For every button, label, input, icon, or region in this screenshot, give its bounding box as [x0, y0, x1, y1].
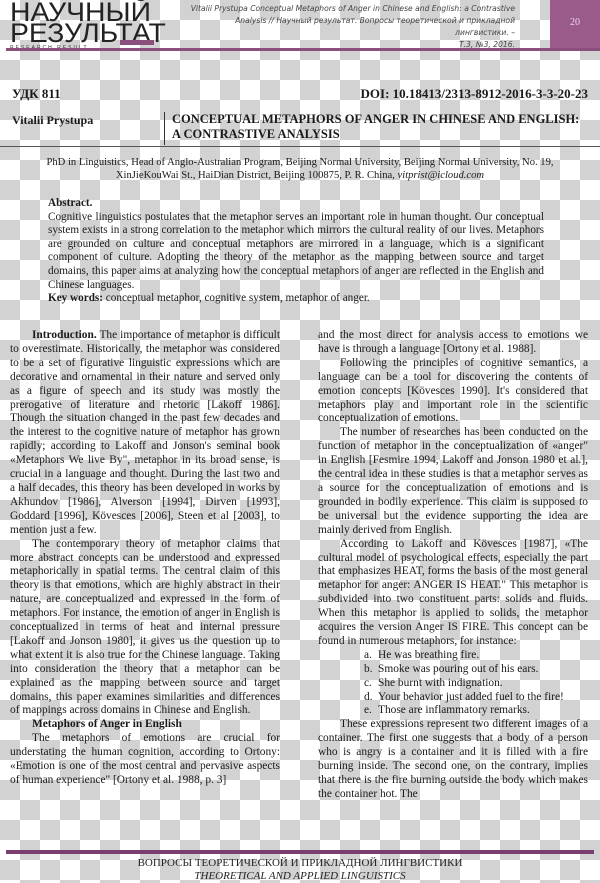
- list-marker: b.: [364, 663, 378, 677]
- list-item-text: Smoke was pouring out of his ears.: [378, 663, 538, 675]
- author-name: Vitalii Prystupa: [12, 113, 93, 128]
- citation-line-2: Analysis // Научный результат. Вопросы т…: [190, 15, 515, 39]
- list-item: d.Your behavior just added fuel to the f…: [364, 691, 588, 705]
- title-rule: [0, 146, 600, 147]
- abstract-block: Abstract. Cognitive linguistics postulat…: [48, 197, 544, 306]
- header-divider: [6, 48, 600, 51]
- title-line-2: A CONTRASTIVE ANALYSIS: [172, 127, 592, 142]
- page-header: НАУЧНЫЙ РЕЗУЛЬТАТ RESEARCH RESULT Vitali…: [0, 0, 600, 56]
- paragraph: The contemporary theory of metaphor clai…: [10, 538, 280, 719]
- list-item-text: Those are inflammatory remarks.: [378, 704, 530, 716]
- article-title: CONCEPTUAL METAPHORS OF ANGER IN CHINESE…: [172, 112, 592, 142]
- header-citation: Vitalii Prystupa Conceptual Metaphors of…: [190, 3, 515, 51]
- title-line-1: CONCEPTUAL METAPHORS OF ANGER IN CHINESE…: [172, 112, 592, 127]
- footer-journal-en: THEORETICAL AND APPLIED LINGUISTICS: [0, 870, 600, 883]
- keywords-label: Key words:: [48, 292, 103, 304]
- citation-line-1: Vitalii Prystupa Conceptual Metaphors of…: [190, 3, 515, 15]
- list-item: e.Those are inflammatory remarks.: [364, 704, 588, 718]
- list-item-text: Your behavior just added fuel to the fir…: [378, 691, 564, 703]
- body-column-right: and the most direct for analysis access …: [318, 329, 588, 802]
- list-item-text: She burnt with indignation.: [378, 677, 503, 689]
- paragraph: The metaphors of emotions are crucial fo…: [10, 732, 280, 788]
- author-affiliation: PhD in Linguistics, Head of Anglo-Austra…: [20, 156, 580, 182]
- list-item: c.She burnt with indignation.: [364, 677, 588, 691]
- list-item: a.He was breathing fire.: [364, 649, 588, 663]
- paragraph: According to Lakoff and Kövesces [1987],…: [318, 538, 588, 649]
- list-marker: d.: [364, 691, 378, 705]
- intro-label: Introduction.: [32, 329, 97, 341]
- paragraph: Following the principles of cognitive se…: [318, 357, 588, 427]
- author-email[interactable]: vitprist@icloud.com: [398, 170, 485, 181]
- intro-text: The importance of metaphor is difficult …: [10, 329, 280, 536]
- examples-list: a.He was breathing fire. b.Smoke was pou…: [318, 649, 588, 719]
- paragraph: These expressions represent two differen…: [318, 718, 588, 801]
- list-marker: c.: [364, 677, 378, 691]
- page-number: 20: [550, 0, 600, 48]
- title-divider: [164, 112, 165, 145]
- footer-journal-ru: ВОПРОСЫ ТЕОРЕТИЧЕСКОЙ И ПРИКЛАДНОЙ ЛИНГВ…: [0, 857, 600, 870]
- list-marker: e.: [364, 704, 378, 718]
- list-item: b.Smoke was pouring out of his ears.: [364, 663, 588, 677]
- list-marker: a.: [364, 649, 378, 663]
- abstract-body: Cognitive linguistics postulates that th…: [48, 211, 544, 293]
- keywords: conceptual metaphor, cognitive system, m…: [103, 292, 370, 304]
- paragraph: and the most direct for analysis access …: [318, 329, 588, 357]
- section-heading: Metaphors of Anger in English: [10, 718, 280, 732]
- body-column-left: Introduction. The importance of metaphor…: [10, 329, 280, 788]
- paragraph: The number of researches has been conduc…: [318, 426, 588, 537]
- intro-paragraph: Introduction. The importance of metaphor…: [10, 329, 280, 538]
- abstract-heading: Abstract.: [48, 197, 544, 211]
- logo-accent-bar: [120, 40, 154, 45]
- list-item-text: He was breathing fire.: [378, 649, 479, 661]
- doi: DOI: 10.18413/2313-8912-2016-3-3-20-23: [361, 86, 588, 102]
- udk-code: УДК 811: [12, 86, 61, 102]
- keywords-line: Key words: conceptual metaphor, cognitiv…: [48, 292, 544, 306]
- footer-divider: [6, 850, 594, 854]
